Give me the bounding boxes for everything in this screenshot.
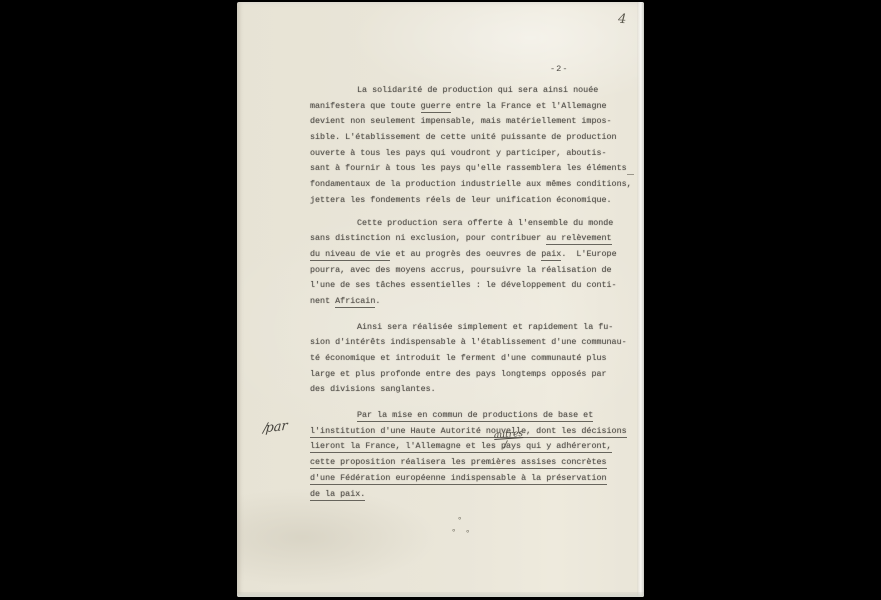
paper-edge-highlight [637,2,644,597]
typed-line: sans distinction ni exclusion, pour cont… [310,231,642,247]
paragraph: La solidarité de production qui sera ain… [310,83,642,209]
typed-line: sant à fournir à tous les pays qu'elle r… [310,161,642,177]
typed-line: pourra, avec des moyens accrus, poursuiv… [310,263,642,279]
typed-line: sible. L'établissement de cette unité pu… [310,130,642,146]
degree-mark: ° [465,531,470,537]
typed-line: Cette production sera offerte à l'ensemb… [310,216,642,232]
typed-line: Par la mise en commun de productions de … [310,408,642,424]
typed-line: nent Africain. [310,294,642,310]
typed-line: de la paix. [310,487,642,503]
typed-line: fondamentaux de la production industriel… [310,177,642,193]
typed-line: large et plus profonde entre des pays lo… [310,367,642,383]
typed-line: lieront la France, l'Allemagne et les pa… [310,439,642,455]
typed-line: jettera les fondements réels de leur uni… [310,193,642,209]
paragraph: Par la mise en commun de productions de … [310,408,642,502]
document-page: 4 -2- La solidarité de production qui se… [237,2,644,597]
typed-line: té économique et introduit le ferment d'… [310,351,642,367]
degree-mark: ° [457,518,462,524]
typed-line: manifestera que toute guerre entre la Fr… [310,99,642,115]
typed-line: ouverte à tous les pays qui voudront y p… [310,146,642,162]
typed-line: Ainsi sera réalisée simplement et rapide… [310,320,642,336]
handwritten-insertion-word: autres [494,429,524,441]
handwritten-page-number: 4 [618,12,627,27]
paragraph: Ainsi sera réalisée simplement et rapide… [310,320,642,398]
typed-line: l'institution d'une Haute Autorité nouve… [310,424,642,440]
typed-line: La solidarité de production qui sera ain… [310,83,642,99]
typed-line: des divisions sanglantes. [310,382,642,398]
pencil-dash-mark [627,174,634,175]
paper-edge-bottom [237,592,644,597]
typed-line: l'une de ses tâches essentielles : le dé… [310,278,642,294]
typed-line: devient non seulement impensable, mais m… [310,114,642,130]
typed-line: sion d'intérêts indispensable à l'établi… [310,335,642,351]
typed-text: La solidarité de production qui sera ain… [310,83,642,502]
typed-line: d'une Fédération européenne indispensabl… [310,471,642,487]
paragraph: Cette production sera offerte à l'ensemb… [310,216,642,310]
handwritten-margin-note: par [263,419,289,437]
typed-line: du niveau de vie et au progrès des oeuvr… [310,247,642,263]
typed-line: cette proposition réalisera les première… [310,455,642,471]
scan-background: 4 -2- La solidarité de production qui se… [0,0,881,600]
degree-mark: ° [451,530,456,536]
typed-page-marker: -2- [550,64,568,74]
